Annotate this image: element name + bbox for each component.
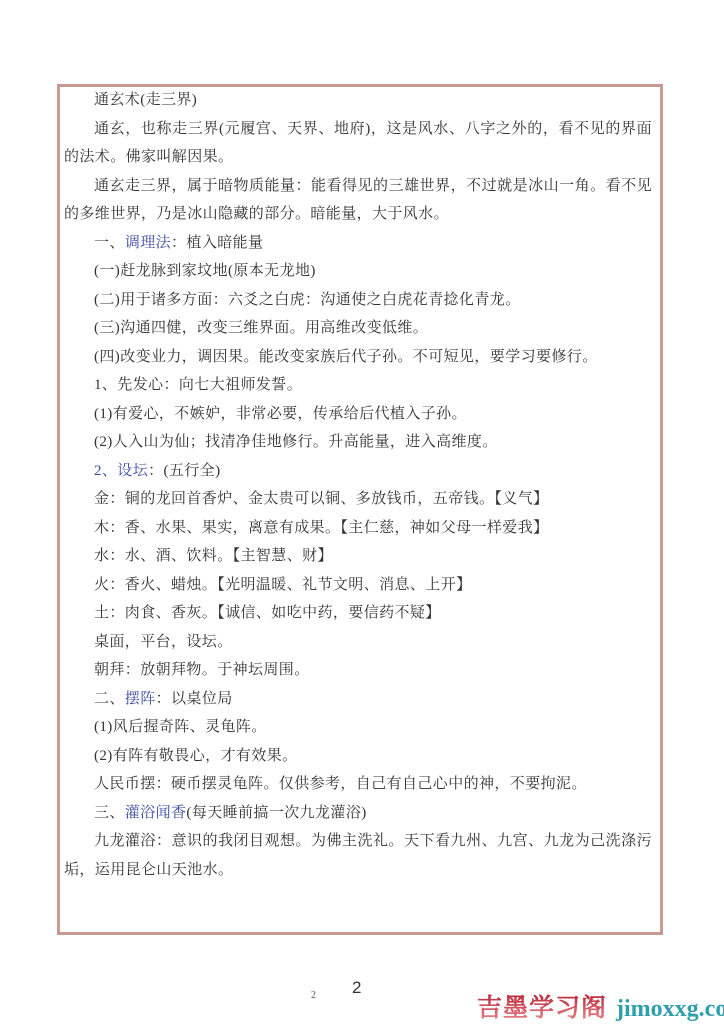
watermark: 吉墨学习阁 jimoxxg.com — [477, 988, 724, 1024]
body-text: 九龙灌浴：意识的我闭目观想。为佛主洗礼。天下看九州、九宫、九龙为己洗涤污垢，运用… — [64, 833, 652, 878]
body-text: (2)人入山为仙；找清净佳地修行。升高能量，进入高维度。 — [94, 434, 498, 450]
page-number-small: 2 — [311, 990, 316, 1001]
body-text: 水：水、酒、饮料。【主智慧、财】 — [94, 548, 333, 564]
paragraph: 桌面，平台，设坛。 — [64, 628, 652, 657]
paragraph: 土：肉食、香灰。【诚信、如吃中药，要信药不疑】 — [64, 599, 652, 628]
paragraph: 九龙灌浴：意识的我闭目观想。为佛主洗礼。天下看九州、九宫、九龙为己洗涤污垢，运用… — [64, 827, 652, 884]
watermark-site-name: 吉墨学习阁 — [477, 988, 607, 1024]
body-text: (二)用于诸多方面：六爻之白虎：沟通使之白虎花青捻化青龙。 — [94, 292, 521, 308]
paragraph: 二、摆阵：以桌位局 — [64, 685, 652, 714]
watermark-domain: jimoxxg.com — [616, 996, 724, 1023]
paragraph: (1)风后握奇阵、灵龟阵。 — [64, 713, 652, 742]
body-text: (每天睡前搞一次九龙灌浴) — [186, 805, 366, 821]
paragraph: (一)赶龙脉到家坟地(原本无龙地) — [64, 257, 652, 286]
paragraph: 一、调理法：植入暗能量 — [64, 229, 652, 258]
paragraph: 火：香火、蜡烛。【光明温暖、礼节文明、消息、上开】 — [64, 571, 652, 600]
heading-text: 2、设坛 — [94, 463, 148, 479]
body-text: 通玄，也称走三界(元履宫、天界、地府)，这是风水、八字之外的，看不见的界面的法术… — [64, 121, 652, 166]
heading-text: 摆阵 — [125, 691, 156, 707]
body-text: 1、先发心：向七大祖师发誓。 — [94, 377, 302, 393]
body-text: 三、 — [94, 805, 125, 821]
paragraph: 三、灌浴闻香(每天睡前搞一次九龙灌浴) — [64, 799, 652, 828]
body-text: 二、 — [94, 691, 125, 707]
page-number-large: 2 — [352, 978, 361, 998]
body-text: (2)有阵有敬畏心，才有效果。 — [94, 748, 298, 764]
body-text: 木：香、水果、果实，离意有成果。【主仁慈，神如父母一样爱我】 — [94, 520, 549, 536]
body-text: ：(五行全) — [148, 463, 220, 479]
paragraph: 1、先发心：向七大祖师发誓。 — [64, 371, 652, 400]
body-text: 金：铜的龙回首香炉、金太贵可以铜、多放钱币，五帝钱。【义气】 — [94, 491, 549, 507]
body-text: 朝拜：放朝拜物。于神坛周围。 — [94, 662, 310, 678]
paragraph: 2、设坛：(五行全) — [64, 457, 652, 486]
body-text: 通玄走三界，属于暗物质能量：能看得见的三雄世界，不过就是冰山一角。看不见的多维世… — [64, 178, 652, 223]
body-text: (1)风后握奇阵、灵龟阵。 — [94, 719, 267, 735]
paragraph: 通玄走三界，属于暗物质能量：能看得见的三雄世界，不过就是冰山一角。看不见的多维世… — [64, 172, 652, 229]
paragraph: (三)沟通四健，改变三维界面。用高维改变低维。 — [64, 314, 652, 343]
body-text: (1)有爱心，不嫉妒，非常必要，传承给后代植入子孙。 — [94, 406, 467, 422]
body-text: 人民币摆：硬币摆灵龟阵。仅供参考，自己有自己心中的神，不要拘泥。 — [94, 776, 587, 792]
paragraph: 木：香、水果、果实，离意有成果。【主仁慈，神如父母一样爱我】 — [64, 514, 652, 543]
paragraph: (2)有阵有敬畏心，才有效果。 — [64, 742, 652, 771]
paragraph: 通玄术(走三界) — [64, 86, 652, 115]
body-text: 火：香火、蜡烛。【光明温暖、礼节文明、消息、上开】 — [94, 577, 472, 593]
document-body: 通玄术(走三界)通玄，也称走三界(元履宫、天界、地府)，这是风水、八字之外的，看… — [64, 86, 652, 884]
paragraph: 水：水、酒、饮料。【主智慧、财】 — [64, 542, 652, 571]
paragraph: 通玄，也称走三界(元履宫、天界、地府)，这是风水、八字之外的，看不见的界面的法术… — [64, 115, 652, 172]
body-text: ：植入暗能量 — [171, 235, 263, 251]
paragraph: 金：铜的龙回首香炉、金太贵可以铜、多放钱币，五帝钱。【义气】 — [64, 485, 652, 514]
body-text: 土：肉食、香灰。【诚信、如吃中药，要信药不疑】 — [94, 605, 441, 621]
body-text: ：以桌位局 — [156, 691, 233, 707]
body-text: (三)沟通四健，改变三维界面。用高维改变低维。 — [94, 320, 428, 336]
paragraph: (二)用于诸多方面：六爻之白虎：沟通使之白虎花青捻化青龙。 — [64, 286, 652, 315]
body-text: 一、 — [94, 235, 125, 251]
body-text: 通玄术(走三界) — [94, 92, 197, 108]
heading-text: 灌浴闻香 — [125, 805, 187, 821]
body-text: 桌面，平台，设坛。 — [94, 634, 233, 650]
paragraph: 朝拜：放朝拜物。于神坛周围。 — [64, 656, 652, 685]
heading-text: 调理法 — [125, 235, 171, 251]
paragraph: (2)人入山为仙；找清净佳地修行。升高能量，进入高维度。 — [64, 428, 652, 457]
body-text: (一)赶龙脉到家坟地(原本无龙地) — [94, 263, 316, 279]
body-text: (四)改变业力，调因果。能改变家族后代子孙。不可短见，要学习要修行。 — [94, 349, 598, 365]
paragraph: (四)改变业力，调因果。能改变家族后代子孙。不可短见，要学习要修行。 — [64, 343, 652, 372]
paragraph: (1)有爱心，不嫉妒，非常必要，传承给后代植入子孙。 — [64, 400, 652, 429]
paragraph: 人民币摆：硬币摆灵龟阵。仅供参考，自己有自己心中的神，不要拘泥。 — [64, 770, 652, 799]
